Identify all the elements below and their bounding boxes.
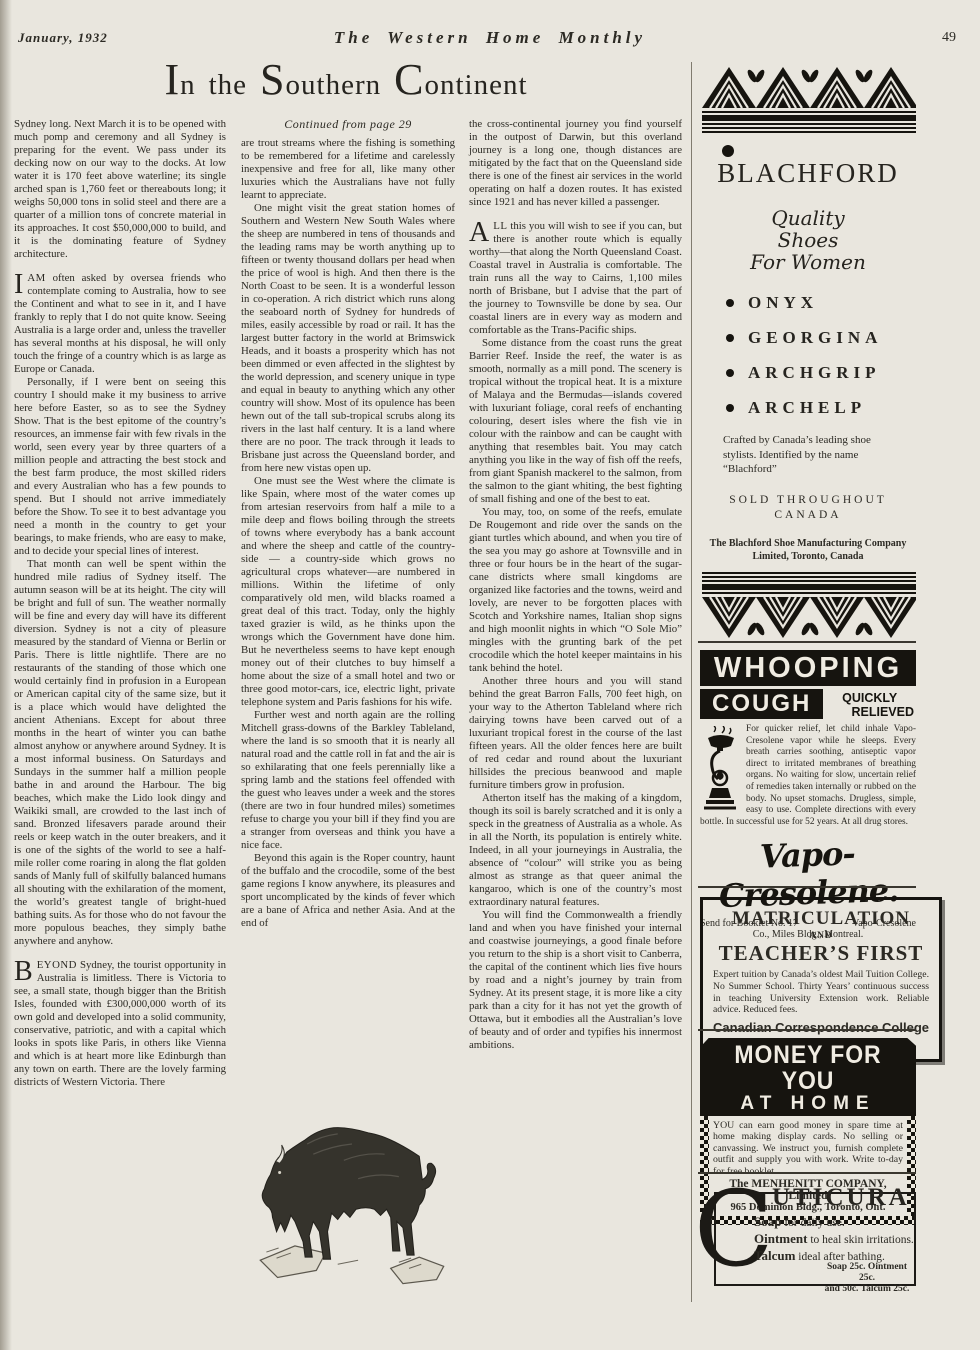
article-paragraph: Atherton itself has the making of a king… (469, 792, 682, 909)
sidebar-rule (698, 641, 916, 643)
article-paragraph: the cross-continental journey you find y… (469, 118, 682, 209)
ad-subhead: AND (713, 931, 929, 941)
blachford-ad: BLACHFORD Quality Shoes For Women ONYX G… (700, 64, 916, 641)
bullet-icon (726, 404, 734, 412)
quickly-relieved-label: QUICKLY RELIEVED (823, 689, 916, 719)
ad-headline-2: TEACHER’S FIRST (713, 941, 929, 966)
article-paragraph: That month can well be spent within the … (14, 558, 226, 948)
decorative-border-top-icon (700, 64, 916, 134)
article-paragraph: One must see the West where the climate … (241, 475, 455, 709)
product-line: Ointment to heal skin irritations. (754, 1231, 914, 1248)
article-paragraph: Beyond this again is the Roper country, … (241, 852, 455, 930)
list-item: GEORGINA (726, 328, 916, 348)
drop-cap: B (14, 959, 37, 984)
ad-body-text: Expert tuition by Canada’s oldest Mail T… (713, 969, 929, 1016)
list-item: ARCHELP (726, 398, 916, 418)
product-lines: Soap for daily use. Ointment to heal ski… (754, 1214, 914, 1265)
cuticura-brand: UTICURA (772, 1184, 910, 1212)
cough-banner-row: COUGH QUICKLY RELIEVED (700, 689, 916, 719)
list-item: ARCHGRIP (726, 363, 916, 383)
sidebar-rule (698, 1029, 916, 1031)
article-paragraph: Further west and north again are the rol… (241, 709, 455, 852)
blachford-tagline: Quality Shoes For Women (700, 207, 916, 273)
bullet-icon (726, 334, 734, 342)
article-column-2: Continued from page 29 are trout streams… (241, 118, 455, 930)
money-banner: MONEY FOR YOU AT HOME (700, 1038, 916, 1116)
continued-note: Continued from page 29 (241, 118, 455, 131)
article-title: In the Southern Continent (0, 58, 692, 102)
blachford-company-text: The Blachford Shoe Manufacturing Company… (700, 537, 916, 563)
blachford-sold-text: SOLD THROUGHOUT CANADA (700, 493, 916, 523)
column-divider (691, 62, 692, 1302)
cough-banner: COUGH (700, 689, 823, 719)
article-paragraph: Sydney long. Next March it is to be open… (14, 118, 226, 261)
bullet-icon (726, 369, 734, 377)
article-paragraph: You will find the Commonwealth a friendl… (469, 909, 682, 1052)
page-number: 49 (942, 30, 956, 46)
blachford-crafted-text: Crafted by Canada’s leading shoe stylist… (723, 433, 893, 477)
ad-headline: MATRICULATION (713, 908, 929, 930)
article-paragraph: One might visit the great station homes … (241, 202, 455, 475)
magazine-page: January, 1932 The Western Home Monthly 4… (0, 0, 980, 1350)
drop-cap: I (14, 272, 27, 297)
title-cap: I (164, 55, 180, 104)
price-list: Soap 25c. Ointment 25c. and 50c. Talcum … (818, 1262, 916, 1295)
article-paragraph: Some distance from the coast runs the gr… (469, 337, 682, 506)
magazine-title: The Western Home Monthly (0, 28, 980, 48)
whooping-banner: WHOOPING (700, 650, 916, 686)
page-gutter-shadow (0, 0, 12, 1350)
product-line: Soap for daily use. (754, 1214, 914, 1231)
article-paragraph: Personally, if I were bent on seeing thi… (14, 376, 226, 558)
blachford-model-list: ONYX GEORGINA ARCHGRIP ARCHELP (700, 293, 916, 418)
article-column-1: Sydney long. Next March it is to be open… (14, 118, 226, 1089)
list-item: ONYX (726, 293, 916, 313)
vapo-body-text: For quicker relief, let child inhale Vap… (700, 724, 916, 828)
article-column-3: the cross-continental journey you find y… (469, 118, 682, 1052)
cuticura-ad: C UTICURA Soap for daily use. Ointment t… (700, 1182, 916, 1290)
article-paragraph: are trout streams where the fishing is s… (241, 137, 455, 202)
bison-illustration (246, 1096, 460, 1296)
article-paragraph: Another three hours and you will stand b… (469, 675, 682, 792)
blachford-brand: BLACHFORD (700, 158, 916, 189)
drop-cap: A (469, 220, 493, 245)
article-paragraph: ALL this you will wish to see if you can… (469, 220, 682, 337)
brand-dot-icon (722, 145, 734, 157)
sidebar-rule (698, 886, 916, 888)
decorative-border-bottom-icon (700, 571, 916, 641)
vaporizer-lamp-icon (700, 726, 740, 814)
college-name: Canadian Correspondence College (713, 1020, 929, 1035)
bullet-icon (726, 299, 734, 307)
article-paragraph: You may, too, on some of the reefs, emul… (469, 506, 682, 675)
article-paragraph: IAM often asked by oversea friends who c… (14, 272, 226, 376)
article-paragraph: BEYOND Sydney, the tourist opportunity i… (14, 959, 226, 1089)
